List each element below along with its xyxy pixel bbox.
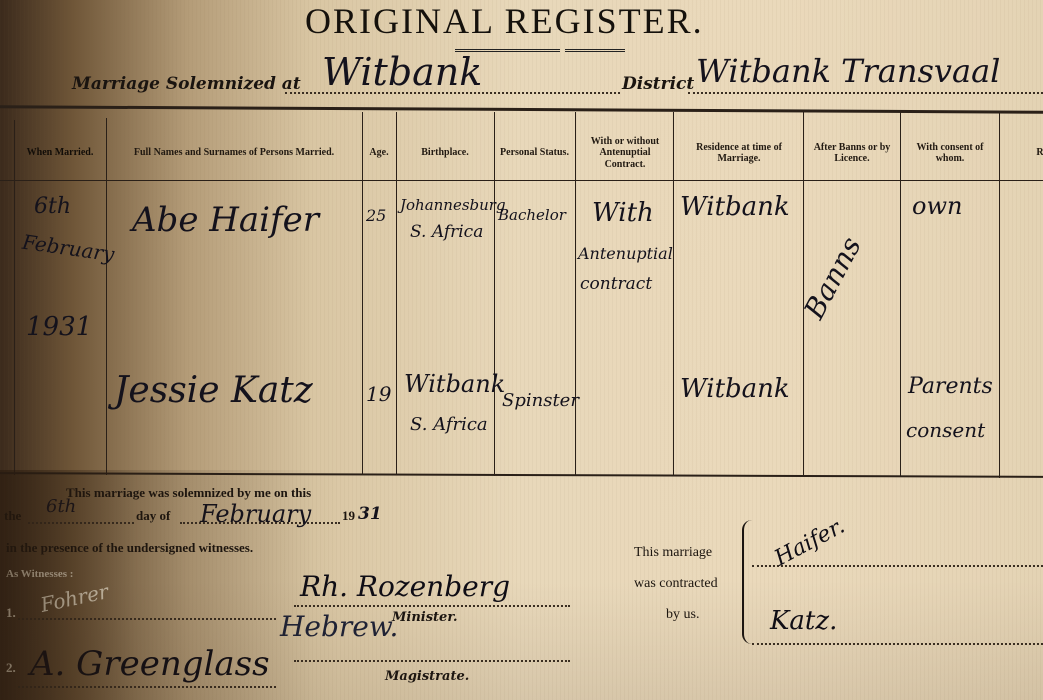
witness-2-dotted-line xyxy=(18,686,276,688)
antenuptial-line-1: With xyxy=(592,198,654,228)
magistrate-dotted-line xyxy=(294,660,570,662)
bride-residence: Witbank xyxy=(680,374,790,404)
antenuptial-line-3: contract xyxy=(580,274,652,294)
minister-label: Minister. xyxy=(392,610,458,625)
day-of-label: day of xyxy=(136,508,170,524)
when-married-day: 6th xyxy=(34,194,71,219)
col-header-banns-or-licence: After Banns or by Licence. xyxy=(810,128,894,178)
header-bottom-rule xyxy=(0,180,1043,181)
col-header-birthplace: Birthplace. xyxy=(396,128,494,178)
contracted-brace xyxy=(742,520,754,644)
solemnized-at-value: Witbank xyxy=(322,50,482,94)
col-header-age: Age. xyxy=(362,128,396,178)
witness-2-number: 2. xyxy=(6,660,16,676)
party-2-signature: Katz. xyxy=(770,606,837,636)
col-divider xyxy=(673,112,674,476)
witness-2-signature: A. Greenglass xyxy=(30,644,270,684)
solemnized-month-value: February xyxy=(200,500,311,528)
col-header-antenuptial-contract: With or without Antenuptial Contract. xyxy=(583,128,667,178)
minister-denomination: Hebrew. xyxy=(280,610,398,643)
district-dotted-line xyxy=(688,92,1043,94)
page-title: ORIGINAL REGISTER. xyxy=(305,0,704,42)
groom-residence: Witbank xyxy=(680,192,790,222)
presence-statement: in the presence of the undersigned witne… xyxy=(6,540,253,556)
district-label: District xyxy=(622,74,694,94)
col-header-residence: Residence at time of Marriage. xyxy=(690,128,788,178)
col-divider xyxy=(900,112,901,477)
year-prefix: 19 xyxy=(342,508,355,524)
bride-personal-status: Spinster xyxy=(502,390,579,411)
groom-name: Abe Haifer xyxy=(132,200,319,240)
solemnized-statement: This marriage was solemnized by me on th… xyxy=(66,485,311,501)
day-dotted-line xyxy=(28,522,134,524)
contracted-line-3: by us. xyxy=(666,607,699,623)
solemnized-day-value: 6th xyxy=(46,496,76,517)
register-page-background xyxy=(0,0,1043,700)
as-witnesses-label: As Witnesses : xyxy=(6,568,73,580)
col-header-remarks-partial: R xyxy=(1000,128,1043,178)
solemnized-at-label: Marriage Solemnized at xyxy=(72,74,301,94)
the-label: the xyxy=(4,508,21,524)
bride-birthplace-city: Witbank xyxy=(404,370,505,398)
when-married-year: 1931 xyxy=(26,312,92,342)
magistrate-label: Magistrate. xyxy=(385,669,469,684)
minister-signature: Rh. Rozenberg xyxy=(300,570,510,603)
bride-birthplace-country: S. Africa xyxy=(410,414,488,435)
minister-dotted-line xyxy=(294,605,570,607)
bride-consent-line-2: consent xyxy=(906,418,985,442)
groom-birthplace-city: Johannesburg xyxy=(400,196,506,214)
bride-age: 19 xyxy=(366,382,391,406)
col-header-full-names: Full Names and Surnames of Persons Marri… xyxy=(106,128,362,178)
col-header-consent: With consent of whom. xyxy=(905,128,995,178)
antenuptial-line-2: Antenuptial xyxy=(578,244,673,263)
contracted-line-1: This marriage xyxy=(634,545,712,561)
contracted-line-2: was contracted xyxy=(634,576,718,592)
groom-personal-status: Bachelor xyxy=(498,206,566,224)
district-value: Witbank Transvaal xyxy=(696,52,1000,90)
col-header-when-married: When Married. xyxy=(14,128,106,178)
groom-birthplace-country: S. Africa xyxy=(410,222,483,242)
bride-consent-line-1: Parents xyxy=(908,374,993,399)
party-1-dotted-line xyxy=(752,565,1043,567)
solemnized-year-suffix: 31 xyxy=(358,504,382,524)
title-underline-right xyxy=(565,49,625,52)
bride-name: Jessie Katz xyxy=(114,370,313,411)
col-header-personal-status: Personal Status. xyxy=(494,128,575,178)
groom-consent: own xyxy=(912,192,962,220)
col-divider xyxy=(575,112,576,476)
party-2-dotted-line xyxy=(752,643,1043,645)
witness-1-dotted-line xyxy=(18,618,276,620)
groom-age: 25 xyxy=(366,206,386,225)
witness-1-number: 1. xyxy=(6,605,16,621)
